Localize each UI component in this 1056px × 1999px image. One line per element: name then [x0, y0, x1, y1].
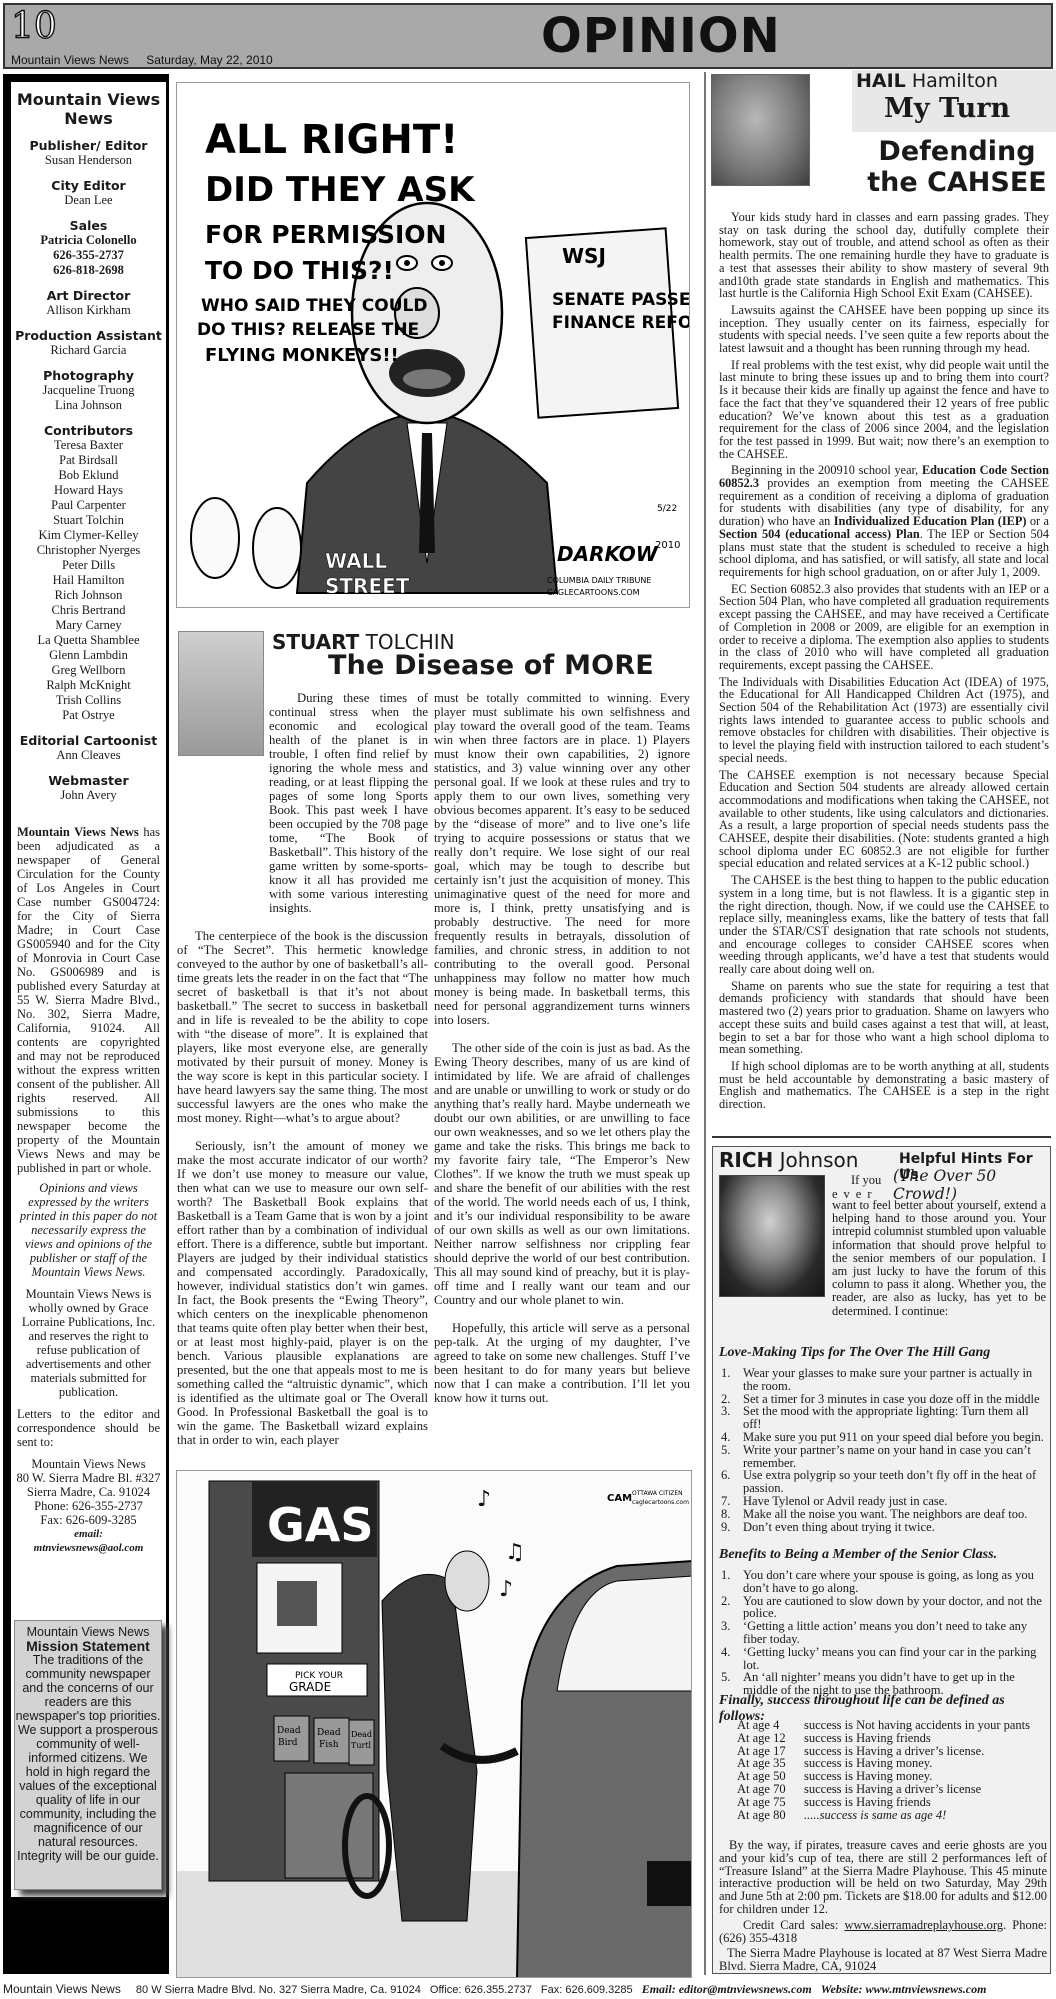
- list-number: 5.: [719, 1444, 743, 1470]
- list-item-text: ‘Getting a little action’ means you don’…: [743, 1620, 1047, 1646]
- credit-card-info: Credit Card sales: www.sierramadreplayho…: [719, 1919, 1047, 1945]
- svg-text:STREET: STREET: [325, 574, 410, 598]
- hamilton-byline: HAIL Hamilton: [856, 70, 998, 92]
- letters-notice: Letters to the editor and correspondence…: [11, 1407, 166, 1449]
- svg-text:5/22: 5/22: [657, 504, 677, 514]
- list-item: 7.Have Tylenol or Advil ready just in ca…: [719, 1495, 1047, 1508]
- list-item-text: ‘Getting lucky’ means you can find your …: [743, 1646, 1047, 1672]
- ownership-notice: Mountain Views News is wholly owned by G…: [11, 1287, 166, 1399]
- list-item: 3.‘Getting a little action’ means you do…: [719, 1620, 1047, 1646]
- svg-text:ALL RIGHT!: ALL RIGHT!: [205, 117, 458, 163]
- svg-text:♪: ♪: [477, 1487, 491, 1512]
- footer-website-link[interactable]: Website: www.mtnviewsnews.com: [821, 1982, 987, 1996]
- list-item-text: You are cautioned to slow down by your d…: [743, 1595, 1047, 1621]
- list-item: 1.You don’t care where your spouse is go…: [719, 1569, 1047, 1595]
- hamilton-para-1: Your kids study hard in classes and earn…: [719, 211, 1049, 300]
- address-name: Mountain Views News: [11, 1457, 166, 1471]
- hamilton-para-7: The CAHSEE exemption is not necessary be…: [719, 769, 1049, 871]
- list-number: 9.: [719, 1521, 743, 1534]
- list-number: 2.: [719, 1595, 743, 1621]
- hamilton-para-3: If real problems with the test exist, wh…: [719, 359, 1049, 461]
- hamilton-para-10: If high school diplomas are to be worth …: [719, 1060, 1049, 1111]
- svg-text:OTTAWA CITIZEN: OTTAWA CITIZEN: [632, 1490, 683, 1497]
- masthead: 10 Mountain Views News Saturday, May 22,…: [3, 3, 1053, 69]
- tolchin-column-1: During these times of continual stress w…: [177, 691, 428, 1447]
- list-item-text: Set the mood with the appropriate lighti…: [743, 1405, 1047, 1431]
- johnson-author-photo: [719, 1175, 825, 1297]
- staff-role: Photography: [11, 368, 166, 383]
- staff-name: Howard Hays: [11, 483, 166, 498]
- johnson-column-box: RICH Johnson Helpful Hints For Us (The O…: [712, 1146, 1051, 1974]
- success-by-age-table: At age 4success is Not having accidents …: [737, 1719, 1047, 1821]
- staff-name: Rich Johnson: [11, 588, 166, 603]
- staff-name: Jacqueline Truong: [11, 383, 166, 398]
- staff-name: Peter Dills: [11, 558, 166, 573]
- staff-name: Ann Cleaves: [11, 748, 166, 763]
- svg-text:Dead: Dead: [351, 1730, 372, 1739]
- cartoon-gas-illustration: GAS PICK YOUR GRADE Dead Bird Dead Fish …: [177, 1471, 692, 1978]
- list-item-text: You don’t care where your spouse is goin…: [743, 1569, 1047, 1595]
- list-item: 8.Make all the noise you want. The neigh…: [719, 1508, 1047, 1521]
- issue-date: Saturday, May 22, 2010: [146, 53, 273, 67]
- playhouse-location: The Sierra Madre Playhouse is located at…: [719, 1947, 1047, 1973]
- list-item: 4.Make sure you put 911 on your speed di…: [719, 1431, 1047, 1444]
- list-item: 9.Don’t even thing about trying it twice…: [719, 1521, 1047, 1534]
- staff-role: Webmaster: [11, 773, 166, 788]
- staff-name: Greg Wellborn: [11, 663, 166, 678]
- legal-notice: Mountain Views News has been adjudicated…: [11, 825, 166, 1175]
- disclaimer: Opinions and views expressed by the writ…: [11, 1181, 166, 1279]
- address-city: Sierra Madre, Ca. 91024: [11, 1485, 166, 1499]
- success-text: success is Having friends: [804, 1732, 931, 1745]
- address-phone: Phone: 626-355-2737: [11, 1499, 166, 1513]
- svg-text:GAS: GAS: [267, 1498, 374, 1552]
- success-text: .....success is same as age 4!: [804, 1809, 946, 1822]
- editorial-cartoon-wall-street: WSJ SENATE PASSES FINANCE REFORM! ALL RI…: [176, 82, 690, 608]
- svg-text:TO DO THIS?!: TO DO THIS?!: [205, 256, 394, 285]
- staff-sidebar: Mountain Views News Publisher/ EditorSus…: [3, 74, 169, 1974]
- mission-paper-name: Mountain Views News: [15, 1625, 161, 1639]
- list-item-text: Use extra polygrip so your teeth don’t f…: [743, 1469, 1047, 1495]
- sidebar-title: Mountain Views News: [11, 90, 166, 128]
- success-row: At age 12success is Having friends: [737, 1732, 1047, 1745]
- tolchin-para-3: Seriously, isn’t the amount of money we …: [177, 1139, 428, 1447]
- tolchin-para-4: must be totally committed to winning. Ev…: [434, 691, 690, 1027]
- headline-line-1: Defending: [858, 136, 1056, 167]
- tolchin-para-6: Hopefully, this article will serve as a …: [434, 1321, 690, 1405]
- staff-box: Mountain Views News Publisher/ EditorSus…: [11, 82, 166, 1897]
- staff-name: Patricia Colonello: [11, 233, 166, 248]
- byline-last: Johnson: [780, 1148, 859, 1172]
- love-tips-section: Love-Making Tips for The Over The Hill G…: [719, 1345, 1047, 1533]
- footer-email-link[interactable]: Email: editor@mtnviewsnews.com: [642, 1982, 812, 1996]
- staff-name: Paul Carpenter: [11, 498, 166, 513]
- success-text: success is Having a driver’s license: [804, 1783, 981, 1796]
- legal-text: has been adjudicated as a newspaper of G…: [17, 825, 160, 1175]
- byline-last: Hamilton: [912, 70, 998, 92]
- staff-name: Pat Ostrye: [11, 708, 166, 723]
- staff-name: 626-818-2698: [11, 263, 166, 278]
- staff-name: La Quetta Shamblee: [11, 633, 166, 648]
- list-number: 7.: [719, 1495, 743, 1508]
- email-link[interactable]: mtnviewsnews@aol.com: [11, 1541, 166, 1555]
- svg-text:WHO SAID THEY COULD: WHO SAID THEY COULD: [201, 296, 427, 316]
- svg-text:caglecartoons.com: caglecartoons.com: [632, 1499, 689, 1506]
- svg-text:Dead: Dead: [277, 1726, 301, 1736]
- list-item: 6.Use extra polygrip so your teeth don’t…: [719, 1469, 1047, 1495]
- staff-name: Susan Henderson: [11, 153, 166, 168]
- byline-first: RICH: [719, 1148, 773, 1172]
- svg-text:DARKOW: DARKOW: [557, 542, 659, 566]
- staff-name: Pat Birdsall: [11, 453, 166, 468]
- staff-role: Contributors: [11, 423, 166, 438]
- list-item: 2.You are cautioned to slow down by your…: [719, 1595, 1047, 1621]
- tolchin-para-1: During these times of continual stress w…: [269, 691, 428, 915]
- mission-title: Mission Statement: [15, 1639, 161, 1653]
- staff-name: Christopher Nyerges: [11, 543, 166, 558]
- staff-name: Lina Johnson: [11, 398, 166, 413]
- hamilton-author-photo: [711, 74, 810, 186]
- byline-first: HAIL: [856, 70, 906, 92]
- section-title: OPINION: [541, 10, 781, 62]
- hamilton-para-2: Lawsuits against the CAHSEE have been po…: [719, 304, 1049, 355]
- list-item-text: Wear your glasses to make sure your part…: [743, 1367, 1047, 1393]
- staff-name: Kim Clymer-Kelley: [11, 528, 166, 543]
- list-number: 4.: [719, 1431, 743, 1444]
- list-item: 3.Set the mood with the appropriate ligh…: [719, 1405, 1047, 1431]
- staff-name: Glenn Lambdin: [11, 648, 166, 663]
- staff-role: City Editor: [11, 178, 166, 193]
- staff-name: Dean Lee: [11, 193, 166, 208]
- svg-text:WALL: WALL: [325, 549, 387, 573]
- success-row: At age 75success is Having friends: [737, 1796, 1047, 1809]
- svg-text:♫: ♫: [505, 1540, 525, 1565]
- list-item-text: Write your partner’s name on your hand i…: [743, 1444, 1047, 1470]
- love-tips-title: Love-Making Tips for The Over The Hill G…: [719, 1345, 1047, 1361]
- list-number: 6.: [719, 1469, 743, 1495]
- staff-name: Teresa Baxter: [11, 438, 166, 453]
- masthead-info: Mountain Views News Saturday, May 22, 20…: [11, 53, 287, 67]
- svg-text:COLUMBIA DAILY TRIBUNE: COLUMBIA DAILY TRIBUNE: [547, 576, 651, 585]
- staff-role: Sales: [11, 218, 166, 233]
- hamilton-headline: Defending the CAHSEE: [858, 136, 1056, 198]
- section-divider: [712, 1136, 1051, 1138]
- hamilton-article: Your kids study hard in classes and earn…: [719, 211, 1049, 1115]
- hamilton-para-9: Shame on parents who sue the state for r…: [719, 980, 1049, 1056]
- staff-name: John Avery: [11, 788, 166, 803]
- footer-paper-name: Mountain Views News: [3, 1982, 121, 1996]
- list-item: 1.Wear your glasses to make sure your pa…: [719, 1367, 1047, 1393]
- svg-text:DO THIS? RELEASE THE: DO THIS? RELEASE THE: [197, 320, 419, 340]
- svg-text:Turtl: Turtl: [351, 1741, 372, 1750]
- mailing-address: Mountain Views News 80 W. Sierra Madre B…: [11, 1457, 166, 1555]
- svg-text:Bird: Bird: [278, 1738, 298, 1748]
- list-number: 1.: [719, 1569, 743, 1595]
- age-label: At age 75: [737, 1796, 804, 1809]
- success-text: success is Having friends: [804, 1796, 931, 1809]
- paper-name: Mountain Views News: [11, 53, 129, 67]
- johnson-intro: want to feel better about yourself, exte…: [832, 1199, 1046, 1318]
- list-number: 4.: [719, 1646, 743, 1672]
- intro-if-you: If you: [851, 1173, 881, 1188]
- staff-list: Publisher/ EditorSusan HendersonCity Edi…: [11, 138, 166, 803]
- success-text: success is Not having accidents in your …: [804, 1719, 1030, 1732]
- staff-role: Production Assistant: [11, 328, 166, 343]
- age-label: At age 12: [737, 1732, 804, 1745]
- staff-name: Richard Garcia: [11, 343, 166, 358]
- age-label: At age 80: [737, 1809, 804, 1822]
- footer-fax: Fax: 626.609.3285: [541, 1984, 633, 1996]
- email-label: email:: [11, 1527, 166, 1541]
- staff-role: Publisher/ Editor: [11, 138, 166, 153]
- svg-text:FINANCE REFORM!: FINANCE REFORM!: [552, 313, 690, 333]
- mission-statement: Mountain Views News Mission Statement Th…: [14, 1620, 162, 1890]
- benefits-section: Benefits to Being a Member of the Senior…: [719, 1547, 1047, 1697]
- staff-name: Chris Bertrand: [11, 603, 166, 618]
- list-number: 3.: [719, 1620, 743, 1646]
- staff-name: Allison Kirkham: [11, 303, 166, 318]
- list-number: 3.: [719, 1405, 743, 1431]
- love-tips-list: 1.Wear your glasses to make sure your pa…: [719, 1367, 1047, 1533]
- svg-text:CAGLECARTOONS.COM: CAGLECARTOONS.COM: [547, 588, 640, 597]
- playhouse-paragraph: By the way, if pirates, treasure caves a…: [719, 1839, 1047, 1916]
- staff-name: Hail Hamilton: [11, 573, 166, 588]
- list-item-text: Have Tylenol or Advil ready just in case…: [743, 1495, 947, 1508]
- mission-text: The traditions of the community newspape…: [15, 1653, 161, 1863]
- success-row: At age 70success is Having a driver’s li…: [737, 1783, 1047, 1796]
- staff-role: Art Director: [11, 288, 166, 303]
- svg-text:FLYING MONKEYS!!: FLYING MONKEYS!!: [205, 345, 399, 366]
- tolchin-headline: The Disease of MORE: [328, 650, 654, 682]
- svg-text:CAM: CAM: [607, 1493, 632, 1504]
- list-item-text: Don’t even thing about trying it twice.: [743, 1521, 935, 1534]
- svg-text:Fish: Fish: [319, 1740, 339, 1750]
- hamilton-para-5: EC Section 60852.3 also provides that st…: [719, 583, 1049, 672]
- list-item-text: Make sure you put 911 on your speed dial…: [743, 1431, 1044, 1444]
- list-number: 8.: [719, 1508, 743, 1521]
- benefits-title: Benefits to Being a Member of the Senior…: [719, 1547, 1047, 1563]
- list-item: 4.‘Getting lucky’ means you can find you…: [719, 1646, 1047, 1672]
- staff-name: 626-355-2737: [11, 248, 166, 263]
- success-row: At age 4success is Not having accidents …: [737, 1719, 1047, 1732]
- svg-text:GRADE: GRADE: [289, 1680, 331, 1694]
- svg-text:2010: 2010: [655, 540, 680, 551]
- playhouse-website-link[interactable]: www.sierramadreplayhouse.org: [844, 1918, 1003, 1932]
- editorial-cartoon-gas-pump: GAS PICK YOUR GRADE Dead Bird Dead Fish …: [176, 1470, 692, 1978]
- staff-name: Trish Collins: [11, 693, 166, 708]
- johnson-byline: RICH Johnson: [719, 1149, 858, 1171]
- svg-text:WSJ: WSJ: [562, 244, 606, 268]
- benefits-list: 1.You don’t care where your spouse is go…: [719, 1569, 1047, 1697]
- address-street: 80 W. Sierra Madre Bl. #327: [11, 1471, 166, 1485]
- hamilton-para-6: The Individuals with Disabilities Educat…: [719, 676, 1049, 765]
- list-item-text: Make all the noise you want. The neighbo…: [743, 1508, 1027, 1521]
- list-number: 1.: [719, 1367, 743, 1393]
- svg-text:SENATE PASSES: SENATE PASSES: [552, 290, 690, 310]
- column-divider: [704, 72, 706, 1975]
- staff-name: Bob Eklund: [11, 468, 166, 483]
- column-name: My Turn: [884, 93, 1010, 125]
- staff-name: Ralph McKnight: [11, 678, 166, 693]
- legal-lead: Mountain Views News: [17, 825, 139, 839]
- staff-role: Editorial Cartoonist: [11, 733, 166, 748]
- cartoon-illustration: WSJ SENATE PASSES FINANCE REFORM! ALL RI…: [177, 83, 690, 608]
- address-fax: Fax: 626-609-3285: [11, 1513, 166, 1527]
- list-item: 5.Write your partner’s name on your hand…: [719, 1444, 1047, 1470]
- age-label: At age 70: [737, 1783, 804, 1796]
- svg-text:DID THEY ASK: DID THEY ASK: [205, 170, 476, 210]
- svg-text:♪: ♪: [499, 1577, 513, 1602]
- age-label: At age 4: [737, 1719, 804, 1732]
- footer-office-phone: Office: 626.355.2737: [430, 1984, 532, 1996]
- svg-text:FOR PERMISSION: FOR PERMISSION: [205, 220, 446, 249]
- hamilton-para-8: The CAHSEE is the best thing to happen t…: [719, 874, 1049, 976]
- staff-name: Mary Carney: [11, 618, 166, 633]
- staff-name: Stuart Tolchin: [11, 513, 166, 528]
- tolchin-column-2: must be totally committed to winning. Ev…: [434, 691, 690, 1405]
- svg-text:Dead: Dead: [317, 1728, 341, 1738]
- tolchin-para-5: The other side of the coin is just as ba…: [434, 1041, 690, 1307]
- headline-line-2: the CAHSEE: [858, 167, 1056, 198]
- page-footer: Mountain Views News 80 W Sierra Madre Bl…: [3, 1982, 1053, 1998]
- success-row: At age 80.....success is same as age 4!: [737, 1809, 1047, 1822]
- page-number: 10: [11, 7, 57, 47]
- tolchin-para-2: The centerpiece of the book is the discu…: [177, 929, 428, 1125]
- hamilton-para-4: Beginning in the 200910 school year, Edu…: [719, 464, 1049, 578]
- footer-address: 80 W Sierra Madre Blvd. No. 327 Sierra M…: [136, 1984, 421, 1996]
